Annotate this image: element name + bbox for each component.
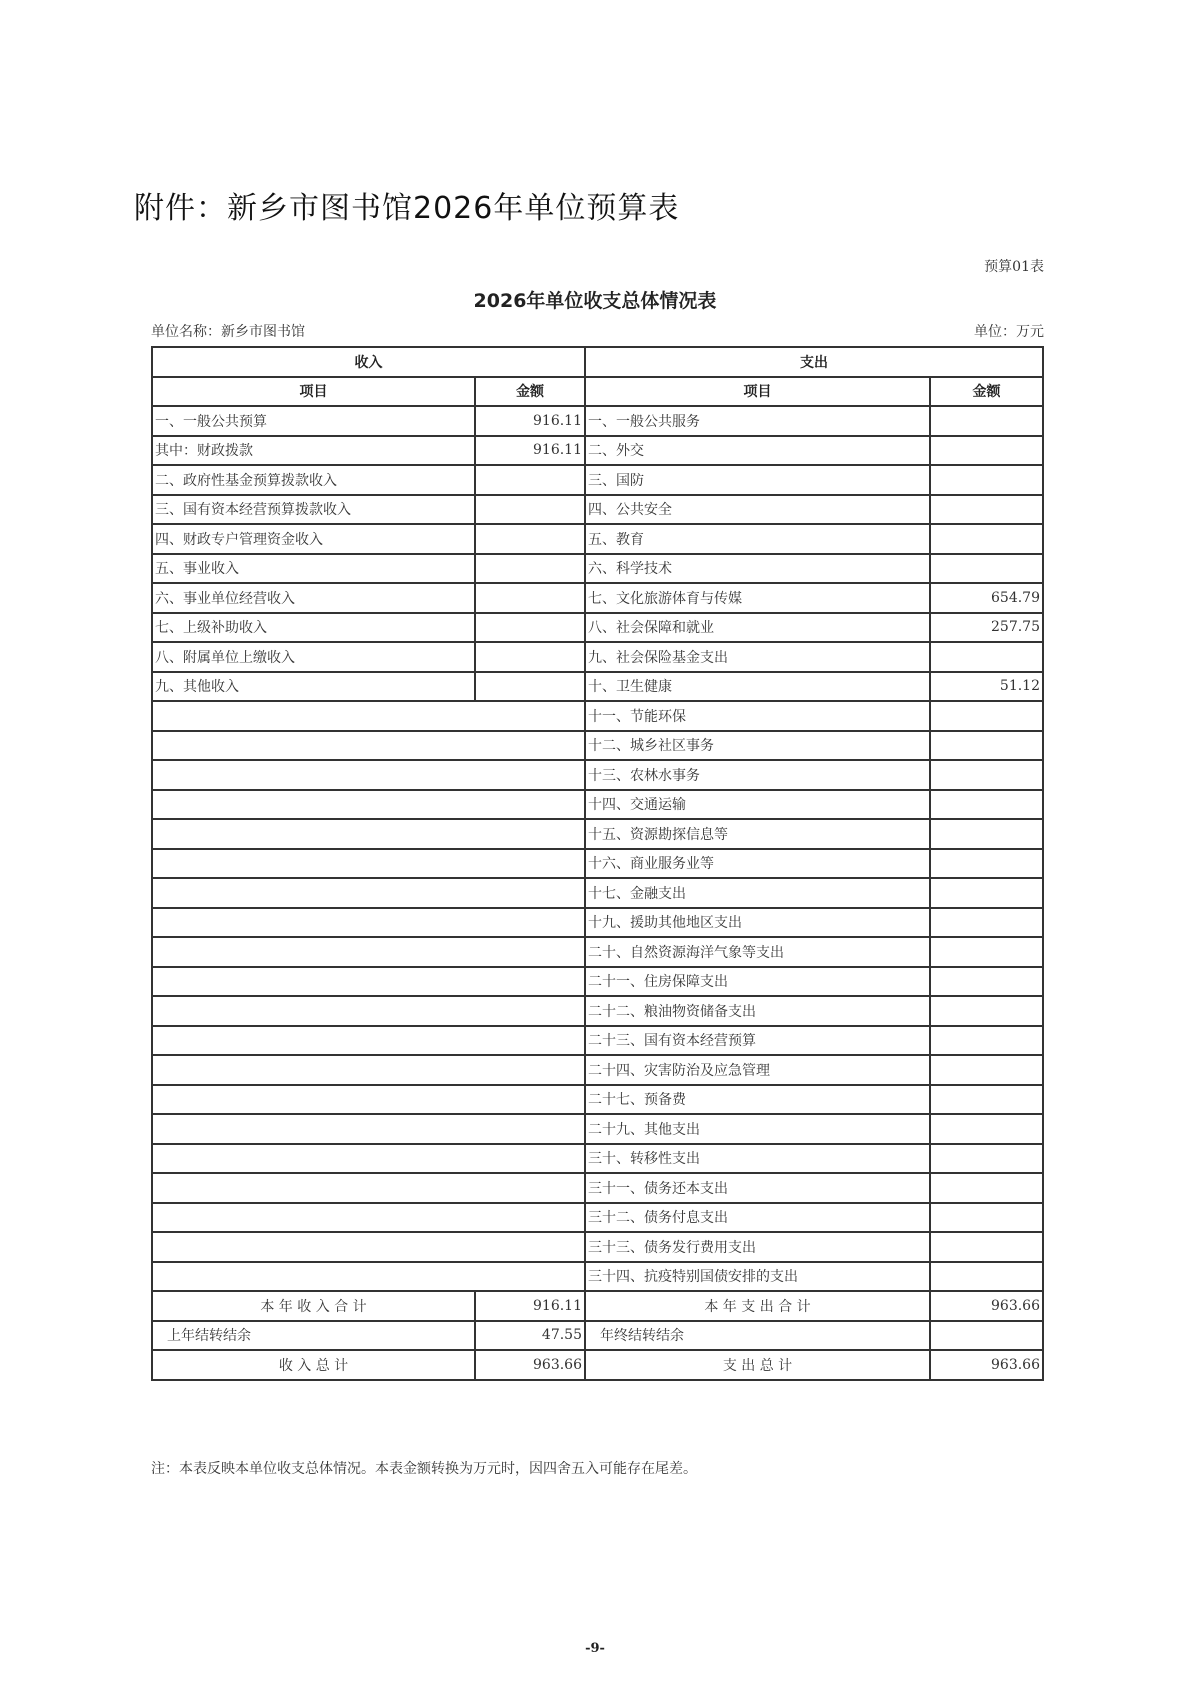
income-amount-cell: [475, 642, 585, 672]
income-empty-cell: [152, 878, 585, 908]
table-code: 预算01表: [984, 256, 1044, 276]
expense-item-header: 项目: [585, 377, 930, 407]
income-empty-cell: [152, 819, 585, 849]
table-row: 其中：财政拨款916.11二、外交: [152, 436, 1043, 466]
expense-item-cell: 三、国防: [585, 465, 930, 495]
expense-grand-total-label: 支 出 总 计: [585, 1350, 930, 1380]
income-empty-cell: [152, 1232, 585, 1262]
expense-amount-cell: [930, 1203, 1043, 1233]
expense-amount-cell: [930, 465, 1043, 495]
expense-year-total: 963.66: [930, 1291, 1043, 1321]
income-item-cell: 三、国有资本经营预算拨款收入: [152, 495, 475, 525]
prior-carryover-label: 上年结转结余: [152, 1321, 475, 1351]
expense-item-cell: 十一、节能环保: [585, 701, 930, 731]
expense-item-cell: 一、一般公共服务: [585, 406, 930, 436]
table-row: 十三、农林水事务: [152, 760, 1043, 790]
income-item-cell: 九、其他收入: [152, 672, 475, 702]
expense-item-cell: 九、社会保险基金支出: [585, 642, 930, 672]
expense-section-header: 支出: [585, 347, 1043, 377]
expense-item-cell: 十四、交通运输: [585, 790, 930, 820]
expense-amount-cell: [930, 819, 1043, 849]
income-empty-cell: [152, 1262, 585, 1292]
expense-amount-cell: [930, 495, 1043, 525]
income-item-cell: 一、一般公共预算: [152, 406, 475, 436]
expense-amount-cell: [930, 1055, 1043, 1085]
income-empty-cell: [152, 996, 585, 1026]
table-row: 七、上级补助收入八、社会保障和就业257.75: [152, 613, 1043, 643]
income-amount-cell: [475, 495, 585, 525]
summary-row: 上年结转结余47.55年终结转结余: [152, 1321, 1043, 1351]
income-year-total: 916.11: [475, 1291, 585, 1321]
table-row: 九、其他收入十、卫生健康51.12: [152, 672, 1043, 702]
income-item-cell: 二、政府性基金预算拨款收入: [152, 465, 475, 495]
expense-amount-cell: [930, 642, 1043, 672]
expense-item-cell: 四、公共安全: [585, 495, 930, 525]
expense-item-cell: 十九、援助其他地区支出: [585, 908, 930, 938]
unit-name: 单位名称：新乡市图书馆: [151, 321, 305, 341]
table-row: 十七、金融支出: [152, 878, 1043, 908]
table-row: 二十二、粮油物资储备支出: [152, 996, 1043, 1026]
expense-item-cell: 二十四、灾害防治及应急管理: [585, 1055, 930, 1085]
budget-summary-table: 收入 支出 项目 金额 项目 金额 一、一般公共预算916.11一、一般公共服务…: [151, 346, 1044, 1381]
income-empty-cell: [152, 731, 585, 761]
income-amount-cell: [475, 554, 585, 584]
table-row: 十一、节能环保: [152, 701, 1043, 731]
table-row: 五、事业收入六、科学技术: [152, 554, 1043, 584]
table-row: 三、国有资本经营预算拨款收入四、公共安全: [152, 495, 1043, 525]
expense-item-cell: 十二、城乡社区事务: [585, 731, 930, 761]
prior-carryover: 47.55: [475, 1321, 585, 1351]
income-empty-cell: [152, 1114, 585, 1144]
expense-amount-cell: [930, 908, 1043, 938]
expense-amount-cell: [930, 1262, 1043, 1292]
income-amount-cell: [475, 524, 585, 554]
expense-amount-cell: 654.79: [930, 583, 1043, 613]
expense-amount-cell: [930, 1232, 1043, 1262]
income-empty-cell: [152, 1173, 585, 1203]
income-empty-cell: [152, 1144, 585, 1174]
income-empty-cell: [152, 849, 585, 879]
expense-amount-cell: [930, 849, 1043, 879]
income-grand-total-label: 收 入 总 计: [152, 1350, 475, 1380]
income-amount-cell: 916.11: [475, 406, 585, 436]
income-item-header: 项目: [152, 377, 475, 407]
expense-item-cell: 十五、资源勘探信息等: [585, 819, 930, 849]
income-item-cell: 八、附属单位上缴收入: [152, 642, 475, 672]
expense-item-cell: 二、外交: [585, 436, 930, 466]
income-empty-cell: [152, 1026, 585, 1056]
summary-row: 本 年 收 入 合 计916.11本 年 支 出 合 计963.66: [152, 1291, 1043, 1321]
income-empty-cell: [152, 1085, 585, 1115]
income-year-total-label: 本 年 收 入 合 计: [152, 1291, 475, 1321]
table-row: 一、一般公共预算916.11一、一般公共服务: [152, 406, 1043, 436]
year-end-carryover-label: 年终结转结余: [585, 1321, 930, 1351]
income-amount-cell: [475, 613, 585, 643]
income-amount-cell: [475, 465, 585, 495]
expense-year-total-label: 本 年 支 出 合 计: [585, 1291, 930, 1321]
expense-item-cell: 三十一、债务还本支出: [585, 1173, 930, 1203]
income-amount-cell: [475, 672, 585, 702]
table-row: 二十一、住房保障支出: [152, 967, 1043, 997]
expense-item-cell: 十六、商业服务业等: [585, 849, 930, 879]
table-row: 四、财政专户管理资金收入五、教育: [152, 524, 1043, 554]
income-amount-cell: [475, 583, 585, 613]
income-empty-cell: [152, 967, 585, 997]
summary-row: 收 入 总 计963.66支 出 总 计963.66: [152, 1350, 1043, 1380]
income-item-cell: 四、财政专户管理资金收入: [152, 524, 475, 554]
table-row: 十九、援助其他地区支出: [152, 908, 1043, 938]
table-row: 十四、交通运输: [152, 790, 1043, 820]
expense-item-cell: 三十、转移性支出: [585, 1144, 930, 1174]
expense-item-cell: 八、社会保障和就业: [585, 613, 930, 643]
expense-amount-cell: [930, 1144, 1043, 1174]
table-row: 二十、自然资源海洋气象等支出: [152, 937, 1043, 967]
table-row: 三十二、债务付息支出: [152, 1203, 1043, 1233]
income-empty-cell: [152, 760, 585, 790]
table-row: 十五、资源勘探信息等: [152, 819, 1043, 849]
year-end-carryover: [930, 1321, 1043, 1351]
income-empty-cell: [152, 790, 585, 820]
expense-amount-cell: [930, 524, 1043, 554]
expense-amount-cell: [930, 937, 1043, 967]
document-title: 附件：新乡市图书馆2026年单位预算表: [134, 183, 679, 227]
expense-amount-header: 金额: [930, 377, 1043, 407]
table-row: 三十、转移性支出: [152, 1144, 1043, 1174]
table-row: 二十三、国有资本经营预算: [152, 1026, 1043, 1056]
expense-item-cell: 二十三、国有资本经营预算: [585, 1026, 930, 1056]
income-empty-cell: [152, 908, 585, 938]
expense-item-cell: 二十七、预备费: [585, 1085, 930, 1115]
expense-item-cell: 六、科学技术: [585, 554, 930, 584]
expense-item-cell: 十、卫生健康: [585, 672, 930, 702]
expense-item-cell: 二十二、粮油物资储备支出: [585, 996, 930, 1026]
income-item-cell: 五、事业收入: [152, 554, 475, 584]
expense-amount-cell: [930, 1173, 1043, 1203]
income-empty-cell: [152, 701, 585, 731]
expense-item-cell: 二十九、其他支出: [585, 1114, 930, 1144]
income-amount-header: 金额: [475, 377, 585, 407]
table-row: 二十九、其他支出: [152, 1114, 1043, 1144]
table-row: 十六、商业服务业等: [152, 849, 1043, 879]
table-row: 二十四、灾害防治及应急管理: [152, 1055, 1043, 1085]
expense-item-cell: 二十一、住房保障支出: [585, 967, 930, 997]
income-item-cell: 其中：财政拨款: [152, 436, 475, 466]
expense-amount-cell: [930, 760, 1043, 790]
currency-unit: 单位：万元: [974, 321, 1044, 341]
income-empty-cell: [152, 1055, 585, 1085]
expense-item-cell: 三十四、抗疫特别国债安排的支出: [585, 1262, 930, 1292]
expense-grand-total: 963.66: [930, 1350, 1043, 1380]
expense-amount-cell: [930, 406, 1043, 436]
table-row: 二、政府性基金预算拨款收入三、国防: [152, 465, 1043, 495]
expense-amount-cell: [930, 996, 1043, 1026]
expense-amount-cell: [930, 731, 1043, 761]
table-row: 三十一、债务还本支出: [152, 1173, 1043, 1203]
expense-item-cell: 三十三、债务发行费用支出: [585, 1232, 930, 1262]
page-number: -9-: [0, 1641, 1190, 1656]
table-title: 2026年单位收支总体情况表: [0, 286, 1190, 313]
income-item-cell: 七、上级补助收入: [152, 613, 475, 643]
income-empty-cell: [152, 937, 585, 967]
expense-amount-cell: 257.75: [930, 613, 1043, 643]
section-header-row: 收入 支出: [152, 347, 1043, 377]
expense-amount-cell: [930, 554, 1043, 584]
income-empty-cell: [152, 1203, 585, 1233]
expense-amount-cell: [930, 1085, 1043, 1115]
expense-item-cell: 七、文化旅游体育与传媒: [585, 583, 930, 613]
expense-item-cell: 三十二、债务付息支出: [585, 1203, 930, 1233]
table-row: 八、附属单位上缴收入九、社会保险基金支出: [152, 642, 1043, 672]
expense-item-cell: 五、教育: [585, 524, 930, 554]
table-row: 十二、城乡社区事务: [152, 731, 1043, 761]
income-item-cell: 六、事业单位经营收入: [152, 583, 475, 613]
table-row: 二十七、预备费: [152, 1085, 1043, 1115]
expense-amount-cell: 51.12: [930, 672, 1043, 702]
footnote: 注：本表反映本单位收支总体情况。本表金额转换为万元时，因四舍五入可能存在尾差。: [151, 1458, 697, 1478]
income-section-header: 收入: [152, 347, 585, 377]
income-amount-cell: 916.11: [475, 436, 585, 466]
expense-amount-cell: [930, 878, 1043, 908]
table-row: 三十四、抗疫特别国债安排的支出: [152, 1262, 1043, 1292]
expense-amount-cell: [930, 436, 1043, 466]
expense-item-cell: 二十、自然资源海洋气象等支出: [585, 937, 930, 967]
expense-amount-cell: [930, 1114, 1043, 1144]
column-header-row: 项目 金额 项目 金额: [152, 377, 1043, 407]
expense-item-cell: 十三、农林水事务: [585, 760, 930, 790]
expense-amount-cell: [930, 1026, 1043, 1056]
expense-amount-cell: [930, 967, 1043, 997]
expense-amount-cell: [930, 701, 1043, 731]
expense-amount-cell: [930, 790, 1043, 820]
table-row: 三十三、债务发行费用支出: [152, 1232, 1043, 1262]
expense-item-cell: 十七、金融支出: [585, 878, 930, 908]
income-grand-total: 963.66: [475, 1350, 585, 1380]
table-row: 六、事业单位经营收入七、文化旅游体育与传媒654.79: [152, 583, 1043, 613]
